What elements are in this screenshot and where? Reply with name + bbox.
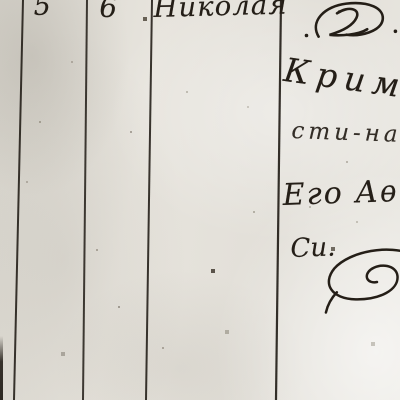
- ruled-line: [14, 0, 23, 400]
- column-number: 5: [33, 0, 51, 22]
- ruled-line: [83, 0, 87, 400]
- paper-speckles: [0, 0, 2, 2]
- name-entry: Николая: [153, 0, 288, 24]
- capital-d-glyph: [298, 0, 400, 48]
- spiral-flourish-icon: [316, 240, 400, 320]
- ruled-line: [146, 0, 152, 400]
- scanned-register-page: 5 6 Николая Крим сти-на Его Аѳ Си.: [0, 0, 400, 400]
- capital-d-strokes: [303, 0, 398, 39]
- ruled-line: [276, 0, 281, 400]
- left-edge-shadow: [0, 336, 3, 400]
- spiral-flourish-path: [320, 247, 400, 313]
- column-number: 6: [99, 0, 117, 24]
- entry-line: Его Аѳ: [282, 174, 399, 213]
- entry-line: сти-на: [291, 118, 400, 148]
